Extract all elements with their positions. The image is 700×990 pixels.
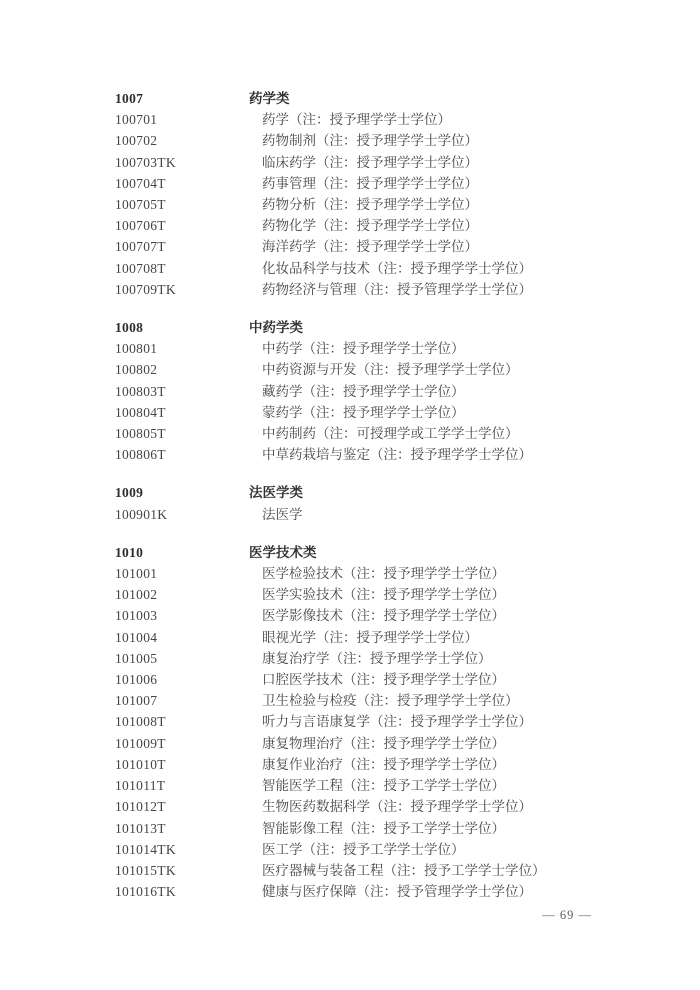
- category-header-row: 1007药学类: [115, 88, 595, 109]
- major-row: 100805T中药制药（注：可授理学或工学学士学位）: [115, 423, 595, 444]
- major-name: 中草药栽培与鉴定（注：授予理学学士学位）: [249, 444, 532, 465]
- major-name: 智能影像工程（注：授予工学学士学位）: [249, 818, 505, 839]
- major-code: 101015TK: [115, 860, 249, 881]
- major-code: 101013T: [115, 818, 249, 839]
- major-name: 听力与言语康复学（注：授予理学学士学位）: [249, 711, 532, 732]
- major-row: 100704T药事管理（注：授予理学学士学位）: [115, 173, 595, 194]
- major-code: 100701: [115, 109, 249, 130]
- major-code: 100707T: [115, 236, 249, 257]
- page-number: — 69 —: [542, 908, 592, 922]
- major-name: 临床药学（注：授予理学学士学位）: [249, 152, 478, 173]
- major-code: 101007: [115, 690, 249, 711]
- major-name: 眼视光学（注：授予理学学士学位）: [249, 627, 478, 648]
- major-name: 中药学（注：授予理学学士学位）: [249, 338, 465, 359]
- major-code: 101001: [115, 563, 249, 584]
- major-name: 药物制剂（注：授予理学学士学位）: [249, 130, 478, 151]
- major-row: 101013T智能影像工程（注：授予工学学士学位）: [115, 818, 595, 839]
- major-catalog: 1007药学类100701药学（注：授予理学学士学位）100702药物制剂（注：…: [115, 88, 595, 919]
- category-header-row: 1008中药学类: [115, 317, 595, 338]
- major-code: 101008T: [115, 711, 249, 732]
- major-name: 蒙药学（注：授予理学学士学位）: [249, 402, 465, 423]
- major-code: 101010T: [115, 754, 249, 775]
- major-row: 101001医学检验技术（注：授予理学学士学位）: [115, 563, 595, 584]
- category-name: 医学技术类: [249, 542, 317, 563]
- major-name: 口腔医学技术（注：授予理学学士学位）: [249, 669, 505, 690]
- category-code: 1009: [115, 482, 249, 503]
- major-code: 101014TK: [115, 839, 249, 860]
- major-row: 100901K法医学: [115, 504, 595, 525]
- major-row: 101004眼视光学（注：授予理学学士学位）: [115, 627, 595, 648]
- major-name: 藏药学（注：授予理学学士学位）: [249, 381, 465, 402]
- major-row: 100804T蒙药学（注：授予理学学士学位）: [115, 402, 595, 423]
- category-section: 1010医学技术类101001医学检验技术（注：授予理学学士学位）101002医…: [115, 542, 595, 902]
- major-code: 101006: [115, 669, 249, 690]
- major-name: 化妆品科学与技术（注：授予理学学士学位）: [249, 258, 532, 279]
- major-row: 100802中药资源与开发（注：授予理学学士学位）: [115, 359, 595, 380]
- major-name: 智能医学工程（注：授予工学学士学位）: [249, 775, 505, 796]
- major-row: 101009T康复物理治疗（注：授予理学学士学位）: [115, 733, 595, 754]
- major-row: 100801中药学（注：授予理学学士学位）: [115, 338, 595, 359]
- major-row: 101014TK医工学（注：授予工学学士学位）: [115, 839, 595, 860]
- major-name: 康复作业治疗（注：授予理学学士学位）: [249, 754, 505, 775]
- major-name: 药学（注：授予理学学士学位）: [249, 109, 451, 130]
- major-code: 100708T: [115, 258, 249, 279]
- major-row: 101012T生物医药数据科学（注：授予理学学士学位）: [115, 796, 595, 817]
- major-row: 100703TK临床药学（注：授予理学学士学位）: [115, 152, 595, 173]
- major-row: 101015TK医疗器械与装备工程（注：授予工学学士学位）: [115, 860, 595, 881]
- major-row: 101016TK健康与医疗保障（注：授予管理学学士学位）: [115, 881, 595, 902]
- major-code: 100706T: [115, 215, 249, 236]
- major-name: 药物经济与管理（注：授予管理学学士学位）: [249, 279, 532, 300]
- major-name: 法医学: [249, 504, 303, 525]
- category-header-row: 1010医学技术类: [115, 542, 595, 563]
- category-code: 1007: [115, 88, 249, 109]
- major-row: 101011T智能医学工程（注：授予工学学士学位）: [115, 775, 595, 796]
- major-row: 101007卫生检验与检疫（注：授予理学学士学位）: [115, 690, 595, 711]
- major-row: 101003医学影像技术（注：授予理学学士学位）: [115, 605, 595, 626]
- major-code: 101009T: [115, 733, 249, 754]
- document-page: 1007药学类100701药学（注：授予理学学士学位）100702药物制剂（注：…: [0, 0, 700, 990]
- category-header-row: 1009法医学类: [115, 482, 595, 503]
- major-name: 药物化学（注：授予理学学士学位）: [249, 215, 478, 236]
- major-row: 100707T海洋药学（注：授予理学学士学位）: [115, 236, 595, 257]
- major-name: 康复物理治疗（注：授予理学学士学位）: [249, 733, 505, 754]
- category-section: 1008中药学类100801中药学（注：授予理学学士学位）100802中药资源与…: [115, 317, 595, 465]
- major-code: 100801: [115, 338, 249, 359]
- category-section: 1007药学类100701药学（注：授予理学学士学位）100702药物制剂（注：…: [115, 88, 595, 300]
- major-row: 100705T药物分析（注：授予理学学士学位）: [115, 194, 595, 215]
- major-row: 101008T听力与言语康复学（注：授予理学学士学位）: [115, 711, 595, 732]
- major-code: 100901K: [115, 504, 249, 525]
- major-name: 康复治疗学（注：授予理学学士学位）: [249, 648, 492, 669]
- major-name: 药事管理（注：授予理学学士学位）: [249, 173, 478, 194]
- major-code: 101004: [115, 627, 249, 648]
- category-name: 药学类: [249, 88, 290, 109]
- page-footer: — 69 —: [0, 908, 592, 923]
- major-code: 101011T: [115, 775, 249, 796]
- major-name: 卫生检验与检疫（注：授予理学学士学位）: [249, 690, 519, 711]
- major-code: 100805T: [115, 423, 249, 444]
- major-code: 100804T: [115, 402, 249, 423]
- major-name: 医工学（注：授予工学学士学位）: [249, 839, 465, 860]
- major-code: 101002: [115, 584, 249, 605]
- major-row: 100709TK药物经济与管理（注：授予管理学学士学位）: [115, 279, 595, 300]
- major-code: 100806T: [115, 444, 249, 465]
- major-name: 海洋药学（注：授予理学学士学位）: [249, 236, 478, 257]
- major-row: 100701药学（注：授予理学学士学位）: [115, 109, 595, 130]
- major-name: 生物医药数据科学（注：授予理学学士学位）: [249, 796, 532, 817]
- major-row: 101002医学实验技术（注：授予理学学士学位）: [115, 584, 595, 605]
- major-code: 100702: [115, 130, 249, 151]
- major-row: 100806T中草药栽培与鉴定（注：授予理学学士学位）: [115, 444, 595, 465]
- major-name: 健康与医疗保障（注：授予管理学学士学位）: [249, 881, 532, 902]
- major-name: 医学影像技术（注：授予理学学士学位）: [249, 605, 505, 626]
- category-name: 中药学类: [249, 317, 303, 338]
- major-row: 100706T药物化学（注：授予理学学士学位）: [115, 215, 595, 236]
- major-row: 100702药物制剂（注：授予理学学士学位）: [115, 130, 595, 151]
- category-code: 1010: [115, 542, 249, 563]
- major-code: 101016TK: [115, 881, 249, 902]
- major-code: 100703TK: [115, 152, 249, 173]
- major-name: 中药制药（注：可授理学或工学学士学位）: [249, 423, 519, 444]
- major-code: 100709TK: [115, 279, 249, 300]
- major-name: 医学实验技术（注：授予理学学士学位）: [249, 584, 505, 605]
- major-row: 101006口腔医学技术（注：授予理学学士学位）: [115, 669, 595, 690]
- major-name: 药物分析（注：授予理学学士学位）: [249, 194, 478, 215]
- major-name: 医学检验技术（注：授予理学学士学位）: [249, 563, 505, 584]
- major-code: 100704T: [115, 173, 249, 194]
- major-code: 100802: [115, 359, 249, 380]
- category-name: 法医学类: [249, 482, 303, 503]
- major-row: 100803T藏药学（注：授予理学学士学位）: [115, 381, 595, 402]
- major-code: 100803T: [115, 381, 249, 402]
- category-code: 1008: [115, 317, 249, 338]
- major-row: 101005康复治疗学（注：授予理学学士学位）: [115, 648, 595, 669]
- major-code: 101005: [115, 648, 249, 669]
- major-code: 101003: [115, 605, 249, 626]
- major-row: 101010T康复作业治疗（注：授予理学学士学位）: [115, 754, 595, 775]
- major-name: 中药资源与开发（注：授予理学学士学位）: [249, 359, 519, 380]
- category-section: 1009法医学类100901K法医学: [115, 482, 595, 524]
- major-code: 100705T: [115, 194, 249, 215]
- major-code: 101012T: [115, 796, 249, 817]
- major-name: 医疗器械与装备工程（注：授予工学学士学位）: [249, 860, 546, 881]
- major-row: 100708T化妆品科学与技术（注：授予理学学士学位）: [115, 258, 595, 279]
